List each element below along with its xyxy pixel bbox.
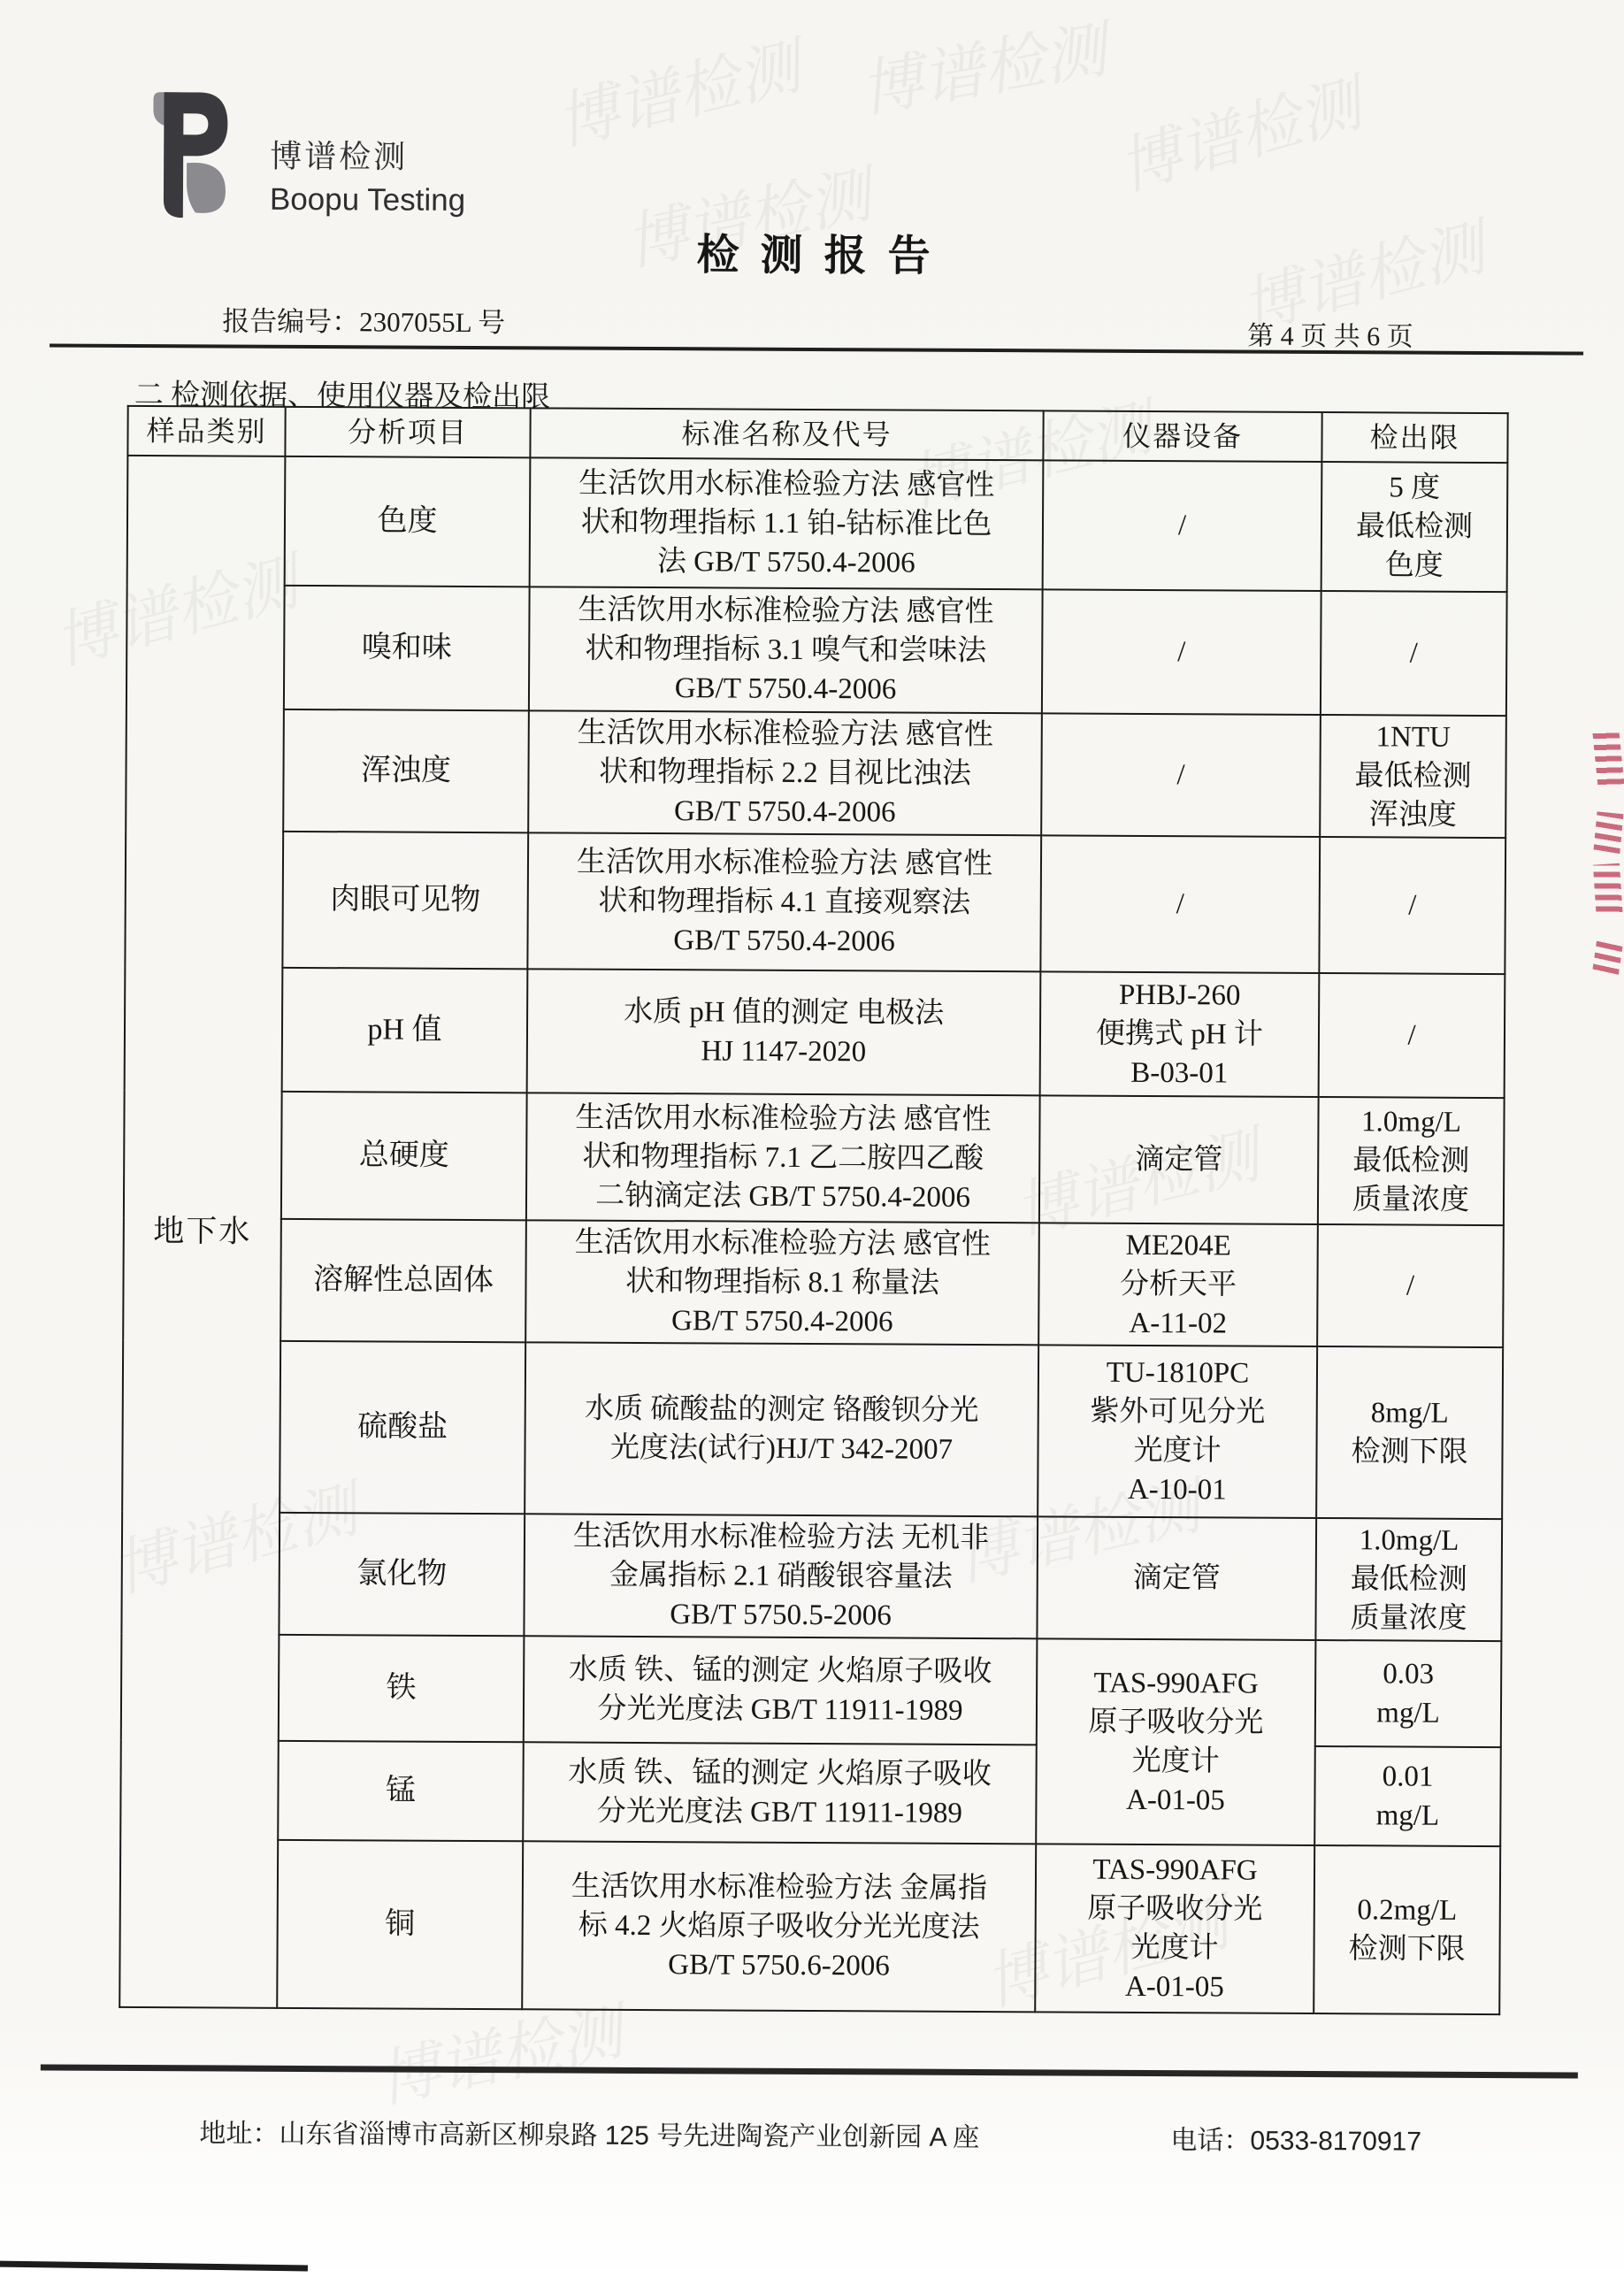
detection-limit: / xyxy=(1321,591,1507,716)
standard-name: 水质 铁、锰的测定 火焰原子吸收 分光光度法 GB/T 11911-1989 xyxy=(523,1742,1037,1844)
table-row: 氯化物 生活饮用水标准检验方法 无机非 金属指标 2.1 硝酸银容量法 GB/T… xyxy=(121,1512,1502,1641)
boopu-logo-icon xyxy=(144,92,234,219)
report-number: 报告编号：2307055L 号 xyxy=(222,298,505,340)
standard-name: 水质 硫酸盐的测定 铬酸钡分光 光度法(试行)HJ/T 342-2007 xyxy=(525,1342,1038,1516)
red-seal-fragment xyxy=(1593,863,1623,918)
footer-address: 地址：山东省淄博市高新区柳泉路 125 号先进陶瓷产业创新园 A 座 xyxy=(199,2111,979,2154)
instrument: TAS-990AFG 原子吸收分光 光度计 A-01-05 xyxy=(1036,1638,1315,1845)
analysis-item: 氯化物 xyxy=(279,1513,525,1636)
detection-limit: 1.0mg/L 最低检测 质量浓度 xyxy=(1315,1518,1502,1641)
standard-name: 生活饮用水标准检验方法 无机非 金属指标 2.1 硝酸银容量法 GB/T 575… xyxy=(524,1514,1038,1638)
analysis-item: 肉眼可见物 xyxy=(282,832,528,969)
table-row: 嗅和味 生活饮用水标准检验方法 感官性 状和物理指标 3.1 嗅气和尝味法 GB… xyxy=(126,585,1507,716)
detection-limit: 1.0mg/L 最低检测 质量浓度 xyxy=(1318,1097,1505,1225)
instrument: 滴定管 xyxy=(1039,1095,1319,1224)
sample-category-cell: 地下水 xyxy=(119,456,285,2008)
analysis-item: 锰 xyxy=(278,1741,524,1841)
analysis-item: 溶解性总固体 xyxy=(280,1219,526,1342)
page-number: 第 4 页 共 6 页 xyxy=(1247,314,1413,354)
standard-name: 生活饮用水标准检验方法 感官性 状和物理指标 8.1 称量法 GB/T 5750… xyxy=(525,1220,1039,1345)
table-row: 铁 水质 铁、锰的测定 火焰原子吸收 分光光度法 GB/T 11911-1989… xyxy=(121,1634,1502,1747)
scan-white-strip xyxy=(0,2270,1624,2293)
table-row: 溶解性总固体 生活饮用水标准检验方法 感官性 状和物理指标 8.1 称量法 GB… xyxy=(123,1218,1504,1347)
col-header-standard-name: 标准名称及代号 xyxy=(530,408,1043,460)
standard-name: 生活饮用水标准检验方法 感官性 状和物理指标 7.1 乙二胺四乙酸 二钠滴定法 … xyxy=(526,1093,1040,1223)
instrument: TU-1810PC 紫外可见分光 光度计 A-10-01 xyxy=(1038,1345,1317,1518)
standard-name: 生活饮用水标准检验方法 感官性 状和物理指标 1.1 铂-钴标准比色 法 GB/… xyxy=(530,457,1044,589)
analysis-item: pH 值 xyxy=(282,968,528,1093)
detection-limit: 1NTU 最低检测 浑浊度 xyxy=(1320,715,1506,838)
analysis-item: 色度 xyxy=(285,456,531,587)
detection-limit: 0.01 mg/L xyxy=(1314,1746,1501,1846)
instrument: / xyxy=(1041,713,1321,837)
instrument: / xyxy=(1040,835,1320,973)
detection-limit: 0.03 mg/L xyxy=(1315,1640,1502,1747)
detection-limit: / xyxy=(1319,973,1505,1098)
analysis-item: 嗅和味 xyxy=(284,586,530,710)
standard-name: 生活饮用水标准检验方法 金属指 标 4.2 火焰原子吸收分光光度法 GB/T 5… xyxy=(522,1841,1036,2012)
red-seal-fragment xyxy=(1591,937,1623,979)
col-header-analysis-item: 分析项目 xyxy=(285,407,530,457)
instrument: ME204E 分析天平 A-11-02 xyxy=(1038,1223,1318,1346)
detection-basis-table: 样品类别 分析项目 标准名称及代号 仪器设备 检出限 地下水 色度 生活饮用水标… xyxy=(119,405,1508,2015)
red-seal-fragment xyxy=(1592,730,1624,791)
instrument: / xyxy=(1042,589,1321,715)
table-row: 铜 生活饮用水标准检验方法 金属指 标 4.2 火焰原子吸收分光光度法 GB/T… xyxy=(119,1839,1500,2014)
table-row: 浑浊度 生活饮用水标准检验方法 感官性 状和物理指标 2.2 目视比浊法 GB/… xyxy=(126,709,1506,838)
analysis-item: 浑浊度 xyxy=(283,709,529,832)
analysis-item: 铜 xyxy=(277,1840,523,2009)
footer-divider xyxy=(41,2064,1578,2078)
table-header-row: 样品类别 分析项目 标准名称及代号 仪器设备 检出限 xyxy=(127,406,1507,463)
instrument: TAS-990AFG 原子吸收分光 光度计 A-01-05 xyxy=(1035,1844,1314,2013)
table-row: 地下水 色度 生活饮用水标准检验方法 感官性 状和物理指标 1.1 铂-钴标准比… xyxy=(127,456,1508,592)
watermark: 博谱检测 xyxy=(853,0,1112,130)
analysis-item: 总硬度 xyxy=(281,1092,527,1220)
standard-name: 生活饮用水标准检验方法 感官性 状和物理指标 4.1 直接观察法 GB/T 57… xyxy=(527,832,1041,971)
footer-phone: 电话：0533-8170917 xyxy=(1170,2118,1421,2158)
table-row: pH 值 水质 pH 值的测定 电极法 HJ 1147-2020 PHBJ-26… xyxy=(125,967,1505,1098)
detection-limit: 0.2mg/L 检测下限 xyxy=(1314,1845,1500,2014)
instrument: PHBJ-260 便携式 pH 计 B-03-01 xyxy=(1040,971,1320,1097)
standard-name: 水质 pH 值的测定 电极法 HJ 1147-2020 xyxy=(527,969,1041,1095)
document-title: 检 测 报 告 xyxy=(4,217,1624,287)
detection-limit: / xyxy=(1319,837,1505,974)
analysis-item: 铁 xyxy=(279,1635,525,1742)
watermark: 博谱检测 xyxy=(1107,55,1370,208)
detection-limit: 5 度 最低检测 色度 xyxy=(1321,462,1508,592)
table-row: 总硬度 生活饮用水标准检验方法 感官性 状和物理指标 7.1 乙二胺四乙酸 二钠… xyxy=(124,1091,1505,1225)
analysis-item: 硫酸盐 xyxy=(280,1341,525,1514)
scanned-report-page: 博谱检测 博谱检测 博谱检测 博谱检测 博谱检测 博谱检测 博谱检测 博谱检测 … xyxy=(0,0,1624,2293)
standard-name: 水质 铁、锰的测定 火焰原子吸收 分光光度法 GB/T 11911-1989 xyxy=(524,1636,1038,1745)
logo-block: 博谱检测 Boopu Testing xyxy=(144,92,466,219)
detection-limit: / xyxy=(1317,1224,1504,1347)
instrument: 滴定管 xyxy=(1037,1516,1316,1640)
table-row: 硫酸盐 水质 硫酸盐的测定 铬酸钡分光 光度法(试行)HJ/T 342-2007… xyxy=(122,1340,1503,1519)
detection-limit: 8mg/L 检测下限 xyxy=(1316,1346,1503,1519)
col-header-detection-limit: 检出限 xyxy=(1321,412,1507,463)
col-header-instrument: 仪器设备 xyxy=(1043,410,1321,462)
logo-name-en: Boopu Testing xyxy=(270,182,465,219)
standard-name: 生活饮用水标准检验方法 感官性 状和物理指标 3.1 嗅气和尝味法 GB/T 5… xyxy=(529,587,1043,713)
table-row: 肉眼可见物 生活饮用水标准检验方法 感官性 状和物理指标 4.1 直接观察法 G… xyxy=(125,831,1505,974)
standard-name: 生活饮用水标准检验方法 感官性 状和物理指标 2.2 目视比浊法 GB/T 57… xyxy=(528,710,1042,835)
instrument: / xyxy=(1043,460,1322,591)
col-header-sample-category: 样品类别 xyxy=(127,406,285,456)
red-seal-fragment xyxy=(1593,811,1623,858)
watermark: 博谱检测 xyxy=(547,17,808,162)
logo-name-cn: 博谱检测 xyxy=(270,132,465,178)
